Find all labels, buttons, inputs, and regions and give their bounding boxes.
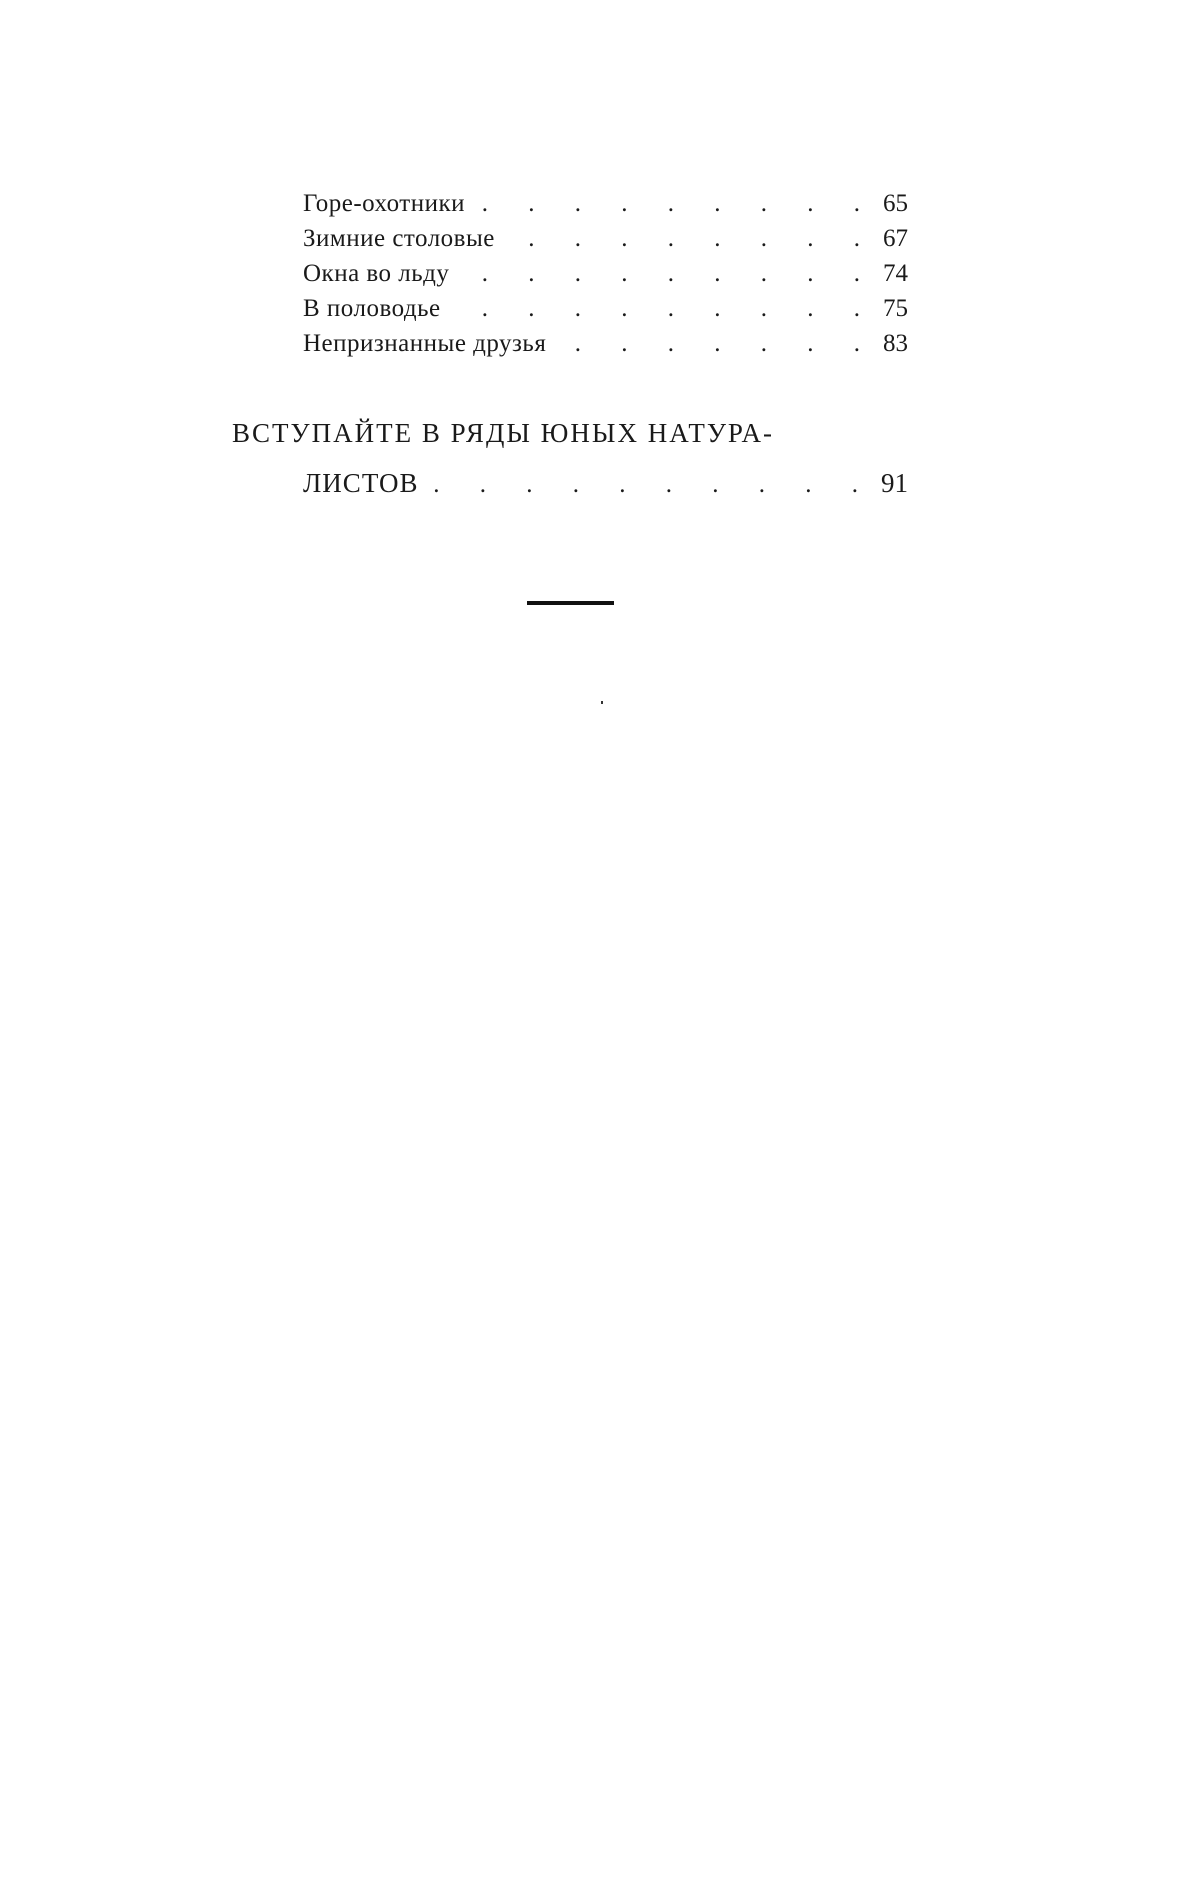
- toc-entry-page: 75: [883, 295, 908, 323]
- section-heading-continuation: ЛИСТОВ . . . . . . . . . . . . . . . . .…: [303, 468, 908, 499]
- toc-entry: Непризнанные друзья . . . . . . . . . . …: [303, 330, 908, 364]
- toc-entry-page: 83: [883, 330, 908, 358]
- dot-leader: . . . . . . . . . . . . . . . . . . . . …: [447, 295, 877, 323]
- toc-entry: Окна во льду . . . . . . . . . . . . . .…: [303, 260, 908, 294]
- toc-entry-title: Окна во льду: [303, 260, 449, 288]
- section-page: 91: [881, 468, 908, 499]
- toc-entry: Зимние столовые . . . . . . . . . . . . …: [303, 225, 908, 259]
- dot-leader: . . . . . . . . . . . . . . . . . . . . …: [501, 225, 877, 253]
- toc-entry-title: В половодье: [303, 295, 441, 323]
- toc-entry-title: Непризнанные друзья: [303, 330, 546, 358]
- dot-leader: . . . . . . . . . . . . . . . . . . . . …: [471, 190, 877, 218]
- section-heading-line2: ЛИСТОВ: [303, 468, 418, 499]
- toc-entry: В половодье . . . . . . . . . . . . . . …: [303, 295, 908, 329]
- dot-leader: . . . . . . . . . . . . . . . . . . . . …: [455, 260, 877, 288]
- toc-entry-title: Зимние столовые: [303, 225, 495, 253]
- toc-entry-title: Горе-охотники: [303, 190, 465, 218]
- toc-entry-page: 74: [883, 260, 908, 288]
- toc-entry-page: 65: [883, 190, 908, 218]
- section-heading: ВСТУПАЙТЕ В РЯДЫ ЮНЫХ НАТУРА-: [232, 418, 774, 449]
- toc-entry-page: 67: [883, 225, 908, 253]
- toc-entry: Горе-охотники . . . . . . . . . . . . . …: [303, 190, 908, 224]
- print-speck: [601, 701, 603, 704]
- dot-leader: . . . . . . . . . . . . . . . . . . . . …: [424, 471, 875, 499]
- dot-leader: . . . . . . . . . . . . . . . . . . . . …: [552, 330, 877, 358]
- end-rule-divider: [527, 601, 614, 605]
